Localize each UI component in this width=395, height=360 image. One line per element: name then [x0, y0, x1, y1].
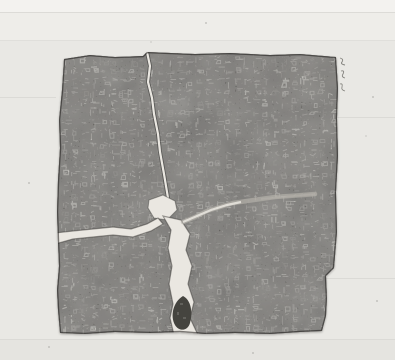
paper-crease: [0, 97, 56, 98]
dust-speck: [376, 300, 378, 302]
mount-paper-upper-band: [0, 12, 395, 40]
mount-paper-bottom-band: [0, 340, 395, 360]
rubbing-texture: [55, 52, 339, 336]
dust-speck: [28, 182, 30, 184]
annotation-glyphs: [337, 55, 349, 95]
dust-speck: [252, 352, 254, 354]
dust-speck: [205, 22, 207, 24]
photo-of-stele-rubbing: □□□: [0, 0, 395, 360]
collector-annotation: □□□: [337, 55, 349, 95]
mount-paper-top-band: [0, 0, 395, 12]
paper-crease: [0, 40, 395, 41]
paper-crease: [0, 339, 395, 340]
paper-crease: [337, 117, 395, 118]
paper-crease: [0, 12, 395, 13]
dust-speck: [365, 135, 367, 137]
dust-speck: [372, 96, 374, 98]
dust-speck: [48, 346, 50, 348]
stele-rubbing: [55, 52, 339, 336]
dust-speck: [150, 41, 152, 43]
